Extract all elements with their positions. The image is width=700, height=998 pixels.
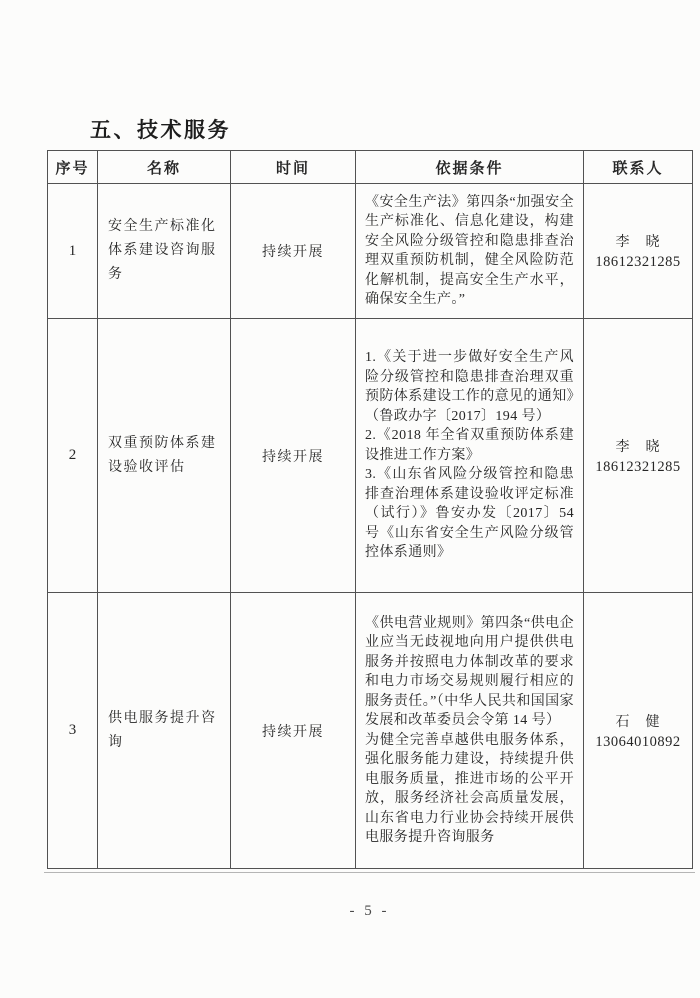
cell-service-name: 供电服务提升咨询 (98, 593, 231, 869)
cell-basis: 《供电营业规则》第四条“供电企业应当无歧视地向用户提供供电服务并按照电力体制改革… (356, 593, 584, 869)
contact-phone: 18612321285 (584, 459, 692, 476)
cell-time: 持续开展 (231, 319, 356, 593)
cell-basis: 1.《关于进一步做好安全生产风险分级管控和隐患排查治理双重预防体系建设工作的意见… (356, 319, 584, 593)
cell-service-name: 双重预防体系建设验收评估 (98, 319, 231, 593)
col-header-seq: 序号 (48, 151, 98, 184)
document-page: 五、技术服务 序号 名称 时间 依据条件 联系人 1 安全生产标准化体系建设咨询… (0, 0, 700, 998)
cell-basis: 《安全生产法》第四条“加强安全生产标准化、信息化建设，构建安全风险分级管控和隐患… (356, 184, 584, 319)
cell-contact: 石 健 13064010892 (584, 593, 693, 869)
contact-phone: 18612321285 (584, 254, 692, 271)
table-row: 3 供电服务提升咨询 持续开展 《供电营业规则》第四条“供电企业应当无歧视地向用… (48, 593, 693, 869)
cell-seq: 3 (48, 593, 98, 869)
table-row: 1 安全生产标准化体系建设咨询服务 持续开展 《安全生产法》第四条“加强安全生产… (48, 184, 693, 319)
page-number: - 5 - (47, 903, 692, 920)
cell-service-name: 安全生产标准化体系建设咨询服务 (98, 184, 231, 319)
col-header-contact: 联系人 (584, 151, 693, 184)
section-title: 五、技术服务 (90, 114, 231, 144)
services-table: 序号 名称 时间 依据条件 联系人 1 安全生产标准化体系建设咨询服务 持续开展… (47, 150, 693, 869)
col-header-time: 时间 (231, 151, 356, 184)
cell-time: 持续开展 (231, 184, 356, 319)
cell-time: 持续开展 (231, 593, 356, 869)
contact-phone: 13064010892 (584, 734, 692, 751)
cell-seq: 2 (48, 319, 98, 593)
contact-name: 石 健 (584, 711, 692, 731)
table-header-row: 序号 名称 时间 依据条件 联系人 (48, 151, 693, 184)
contact-name: 李 晓 (584, 231, 692, 251)
cell-seq: 1 (48, 184, 98, 319)
contact-name: 李 晓 (584, 436, 692, 456)
cell-contact: 李 晓 18612321285 (584, 319, 693, 593)
cell-contact: 李 晓 18612321285 (584, 184, 693, 319)
table-row: 2 双重预防体系建设验收评估 持续开展 1.《关于进一步做好安全生产风险分级管控… (48, 319, 693, 593)
scan-artifact-line (44, 872, 695, 873)
col-header-name: 名称 (98, 151, 231, 184)
col-header-basis: 依据条件 (356, 151, 584, 184)
